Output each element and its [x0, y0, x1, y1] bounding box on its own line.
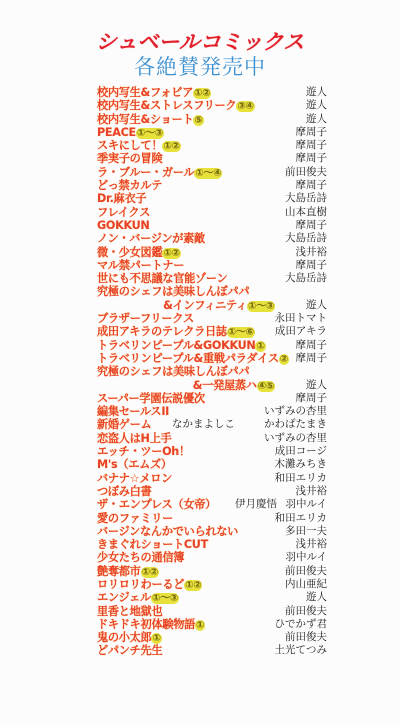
book-title: 季実子の冒険	[97, 152, 162, 165]
book-author: 遊人	[306, 379, 327, 392]
book-title: 新婚ゲーム	[97, 418, 151, 431]
book-row: どパンチ先生土光てつみ	[97, 644, 327, 657]
book-title-text: 艶奪都市	[97, 565, 141, 578]
book-title: 成田アキラのテレクラ日誌①～⑥	[97, 325, 255, 339]
book-title-text: バナナ☆メロン	[97, 472, 172, 485]
book-title-text: エンジェル	[97, 591, 151, 604]
book-row: GOKKUN摩周子	[97, 219, 327, 232]
book-row: エンジェル①～③遊人	[97, 591, 327, 604]
book-author: 摩周子	[296, 126, 328, 139]
book-title: 愛のファミリー	[97, 512, 173, 525]
book-author: 前田俊夫	[285, 631, 327, 644]
book-author: 摩周子	[296, 392, 328, 405]
book-row: バージンなんかでいられない多田一夫	[97, 525, 327, 538]
volume-badge: ①②	[162, 141, 180, 152]
book-row: 里香と地獄也前田俊夫	[97, 605, 327, 618]
book-title: スーパー学園伝説優次	[97, 392, 205, 405]
book-author: 和田エリカ	[275, 472, 327, 485]
book-title-text: ノン・バージンが素敵	[97, 232, 205, 245]
book-row: 成田アキラのテレクラ日誌①～⑥成田アキラ	[97, 325, 327, 338]
book-author: 摩周子	[296, 152, 328, 165]
book-title: きまぐれショートCUT	[97, 538, 208, 551]
book-author: 和田エリカ	[275, 512, 327, 525]
book-title: 艶奪都市①②	[97, 565, 159, 579]
book-title-text: 校内写生&ストレスフリーク	[97, 99, 236, 112]
book-author-secondary: 伊月慶悟	[235, 498, 277, 511]
book-title-text: 愛のファミリー	[97, 512, 173, 525]
book-title: 究極のシェフは美味しんぼパパ	[97, 365, 249, 378]
book-title: マル禁パートナー	[97, 259, 184, 272]
book-title: M's（エムズ）	[97, 458, 172, 471]
book-title-text: きまぐれショートCUT	[97, 538, 208, 551]
book-author: 大島岳詩	[285, 232, 327, 245]
book-row: きまぐれショートCUT浅井裕	[97, 538, 327, 551]
book-title: バージンなんかでいられない	[97, 525, 238, 538]
book-row: ドキドキ初体験物語①ひでかず君	[97, 618, 327, 631]
book-title-text: 恋盗人はH上手	[97, 432, 171, 445]
book-title: エンジェル①～③	[97, 591, 179, 605]
book-title-continued-text: &一発屋蒸ハ	[193, 379, 257, 392]
book-row: フレイクス山本直樹	[97, 206, 327, 219]
book-title: 里香と地獄也	[97, 605, 162, 618]
book-title-text: 微・少女図鑑	[97, 246, 162, 259]
volume-badge: ①～⑥	[227, 327, 255, 338]
book-row: 季実子の冒険摩周子	[97, 152, 327, 165]
book-title: GOKKUN	[97, 219, 149, 232]
book-title: Dr.麻衣子	[97, 192, 146, 205]
book-title-text: フレイクス	[97, 206, 150, 219]
book-row: M's（エムズ）木灘みちき	[97, 458, 327, 471]
book-author: 浅井裕	[296, 485, 328, 498]
book-title: 校内写生&ショート⑤	[97, 113, 204, 127]
book-title-text: バージンなんかでいられない	[97, 525, 238, 538]
book-title-text: M's（エムズ）	[97, 458, 172, 471]
book-row: 愛のファミリー和田エリカ	[97, 512, 327, 525]
book-title: 編集セールスII	[97, 405, 169, 418]
book-row: スーパー学園伝説優次摩周子	[97, 392, 327, 405]
book-author: 大島岳詩	[285, 192, 327, 205]
volume-badge: ①②	[193, 88, 211, 99]
book-title-text: ロリロリわーるど	[97, 578, 184, 591]
book-author: 摩周子	[296, 259, 328, 272]
book-title: 少女たちの通信簿	[97, 551, 184, 564]
book-author: 浅井裕	[296, 246, 328, 259]
book-row: 校内写生&ストレスフリーク③④遊人	[97, 99, 327, 112]
book-title-text: 少女たちの通信簿	[97, 551, 184, 564]
book-title-text: どっ禁カルテ	[97, 179, 162, 192]
book-author: 永田トマト	[275, 312, 328, 325]
book-title: 校内写生&ストレスフリーク③④	[97, 99, 255, 113]
book-row: トラベリンピープル&GOKKUN①摩周子	[97, 339, 327, 352]
book-row: &インフィニティ①～③究極のシェフは美味しんぼパパ遊人	[97, 285, 327, 312]
book-title: エッチ・ツーOh！	[97, 445, 190, 458]
book-title: ザ・エンプレス（女帝）	[97, 498, 216, 511]
book-author: 摩周子	[296, 352, 328, 365]
book-title: ノン・バージンが素敵	[97, 232, 205, 245]
volume-badge: ①	[151, 633, 161, 644]
book-title-text: 究極のシェフは美味しんぼパパ	[97, 365, 249, 378]
book-title-text: スキにして！	[97, 139, 162, 152]
book-row: つぼみ白書浅井裕	[97, 485, 327, 498]
book-title-text: 編集セールスII	[97, 405, 169, 418]
book-title-text: ラ・ブルー・ガール	[97, 166, 194, 179]
book-author: 多田一夫	[285, 525, 327, 538]
book-row: ザ・エンプレス（女帝）伊月慶悟羽中ルイ	[97, 498, 327, 511]
book-row: 編集セールスIIいずみの杏里	[97, 405, 327, 418]
book-title: バナナ☆メロン	[97, 472, 172, 485]
book-title-text: 鬼の小太郎	[97, 631, 151, 644]
book-author: 大島岳詩	[285, 272, 327, 285]
book-author: ひでかず君	[275, 618, 328, 631]
book-title-text: Dr.麻衣子	[97, 192, 146, 205]
book-title-continued: &一発屋蒸ハ④⑤	[193, 379, 275, 393]
book-row: &一発屋蒸ハ④⑤究極のシェフは美味しんぼパパ遊人	[97, 365, 327, 392]
book-row: 微・少女図鑑①②浅井裕	[97, 246, 327, 259]
book-title: 微・少女図鑑①②	[97, 246, 181, 260]
book-row: 校内写生&ショート⑤遊人	[97, 113, 327, 126]
book-title-text: 究極のシェフは美味しんぼパパ	[97, 285, 249, 298]
book-author: 遊人	[306, 299, 327, 312]
book-author: いずみの杏里	[264, 405, 327, 418]
book-author-secondary: なかまよしこ	[172, 418, 235, 431]
book-row: PEACE①～③摩周子	[97, 126, 327, 139]
book-title-text: エッチ・ツーOh！	[97, 445, 190, 458]
volume-badge: ①～③	[151, 593, 179, 604]
book-title-text: スーパー学園伝説優次	[97, 392, 205, 405]
book-title-text: トラベリンピープル&GOKKUN	[97, 339, 255, 352]
book-title-text: マル禁パートナー	[97, 259, 184, 272]
book-row: 艶奪都市①②前田俊夫	[97, 565, 327, 578]
book-title: トラベリンピープル&GOKKUN①	[97, 339, 266, 353]
book-title-text: つぼみ白書	[97, 485, 151, 498]
book-title-text: ザ・エンプレス（女帝）	[97, 498, 216, 511]
book-title-text: 季実子の冒険	[97, 152, 162, 165]
book-row: ノン・バージンが素敵大島岳詩	[97, 232, 327, 245]
book-author: 前田俊夫	[285, 166, 327, 179]
book-title-text: トラベリンピープル&重戦パラダイス	[97, 352, 279, 365]
book-row: 恋盗人はH上手いずみの杏里	[97, 432, 327, 445]
book-title-text: 校内写生&フォビア	[97, 86, 193, 99]
book-author: 羽中ルイ	[286, 551, 327, 564]
book-author: かわばたまき	[264, 418, 327, 431]
book-author: 成田コージ	[275, 445, 327, 458]
book-row: どっ禁カルテ摩周子	[97, 179, 327, 192]
volume-badge: ②	[279, 354, 289, 365]
book-row: トラベリンピープル&重戦パラダイス②摩周子	[97, 352, 327, 365]
book-title-text: 里香と地獄也	[97, 605, 162, 618]
book-title: ブラザーフリークス	[97, 312, 194, 325]
book-author: 前田俊夫	[285, 565, 327, 578]
book-author: 摩周子	[296, 179, 328, 192]
book-title: どっ禁カルテ	[97, 179, 162, 192]
book-title: ラ・ブルー・ガール①～④	[97, 166, 222, 180]
book-title-text: ドキドキ初体験物語	[97, 618, 195, 631]
volume-badge: ①②	[141, 567, 159, 578]
book-title-text: GOKKUN	[97, 219, 149, 232]
book-author: いずみの杏里	[264, 432, 327, 445]
book-title-text: 校内写生&ショート	[97, 113, 193, 126]
book-title: 究極のシェフは美味しんぼパパ	[97, 285, 249, 298]
book-title: フレイクス	[97, 206, 150, 219]
volume-badge: ③④	[236, 101, 254, 112]
book-row: エッチ・ツーOh！成田コージ	[97, 445, 327, 458]
book-author: 羽中ルイ	[286, 498, 327, 511]
book-row: Dr.麻衣子大島岳詩	[97, 192, 327, 205]
book-title-text: 世にも不思議な官能ゾーン	[97, 272, 227, 285]
book-author: 前田俊夫	[285, 605, 327, 618]
book-author: 内山亜紀	[285, 578, 327, 591]
volume-badge: ①～③	[136, 128, 164, 139]
book-author: 摩周子	[296, 139, 328, 152]
book-author: 遊人	[306, 113, 327, 126]
book-row: ラ・ブルー・ガール①～④前田俊夫	[97, 166, 327, 179]
book-author: 摩周子	[296, 339, 328, 352]
book-title-continued: &インフィニティ①～③	[163, 299, 275, 313]
book-author: 遊人	[306, 86, 327, 99]
book-row: 校内写生&フォビア①②遊人	[97, 86, 327, 99]
book-row: ロリロリわーるど①②内山亜紀	[97, 578, 327, 591]
book-list: 校内写生&フォビア①②遊人校内写生&ストレスフリーク③④遊人校内写生&ショート⑤…	[97, 86, 327, 658]
book-title: つぼみ白書	[97, 485, 151, 498]
header: シュベールコミックス 各絶賛発売中	[0, 30, 400, 79]
volume-badge: ①～③	[247, 301, 275, 312]
book-row: ブラザーフリークス永田トマト	[97, 312, 327, 325]
volume-badge: ①②	[162, 248, 180, 259]
volume-badge: ①	[255, 341, 265, 352]
book-row: 新婚ゲームなかまよしこかわばたまき	[97, 418, 327, 431]
book-author: 成田アキラ	[275, 325, 327, 338]
book-title-text: どパンチ先生	[97, 644, 162, 657]
book-title-text: 新婚ゲーム	[97, 418, 151, 431]
book-title-text: 成田アキラのテレクラ日誌	[97, 325, 227, 338]
volume-badge: ①	[195, 620, 205, 631]
book-author: 山本直樹	[285, 206, 327, 219]
volume-badge: ④⑤	[257, 381, 275, 392]
book-author: 浅井裕	[296, 538, 328, 551]
book-author: 遊人	[306, 591, 327, 604]
book-row: バナナ☆メロン和田エリカ	[97, 472, 327, 485]
book-row: 鬼の小太郎①前田俊夫	[97, 631, 327, 644]
book-title: 恋盗人はH上手	[97, 432, 171, 445]
book-title-text: ブラザーフリークス	[97, 312, 194, 325]
publisher-brand: シュベールコミックス	[0, 30, 400, 54]
book-title-continued-text: &インフィニティ	[163, 299, 247, 312]
book-author: 木灘みちき	[275, 458, 328, 471]
book-row: 世にも不思議な官能ゾーン大島岳詩	[97, 272, 327, 285]
book-title-text: PEACE	[97, 126, 136, 139]
volume-badge: ①～④	[194, 168, 222, 179]
book-row: マル禁パートナー摩周子	[97, 259, 327, 272]
volume-badge: ①②	[184, 580, 202, 591]
book-author: 土光てつみ	[275, 644, 328, 657]
book-title: どパンチ先生	[97, 644, 162, 657]
book-author: 摩周子	[296, 219, 328, 232]
subtitle: 各絶賛発売中	[0, 55, 400, 79]
book-row: 少女たちの通信簿羽中ルイ	[97, 551, 327, 564]
book-row: スキにして！①②摩周子	[97, 139, 327, 152]
book-title: 世にも不思議な官能ゾーン	[97, 272, 227, 285]
volume-badge: ⑤	[193, 115, 203, 126]
book-author: 遊人	[306, 99, 327, 112]
